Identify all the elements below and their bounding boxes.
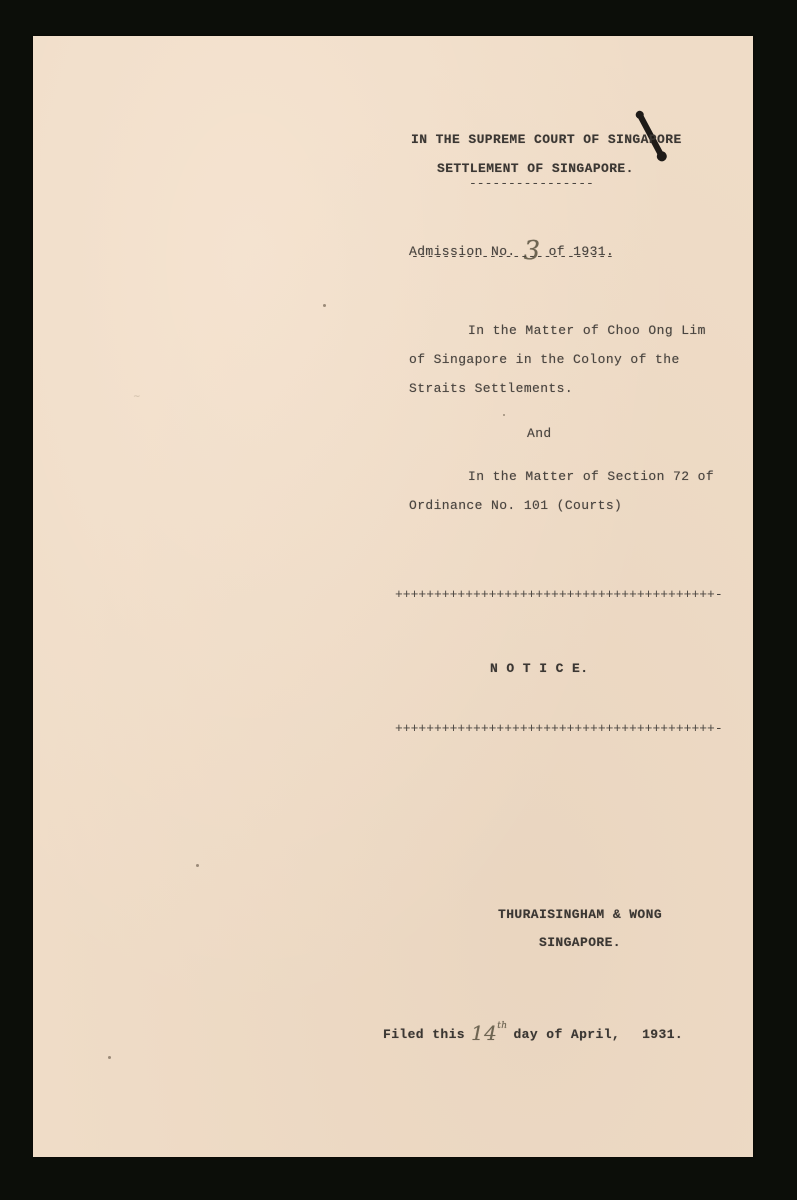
filed-middle: day of April, <box>513 1027 620 1042</box>
heading-underline: ---------------- <box>469 177 594 190</box>
filed-prefix: Filed this <box>383 1027 465 1042</box>
divider-top: ++++++++++++++++++++++++++++++++++++++++… <box>395 588 753 601</box>
paper-speck <box>323 304 326 307</box>
paper-speck <box>503 414 505 416</box>
court-heading-line2: SETTLEMENT OF SINGAPORE. <box>437 162 634 175</box>
firm-name: THURAISINGHAM & WONG <box>498 908 662 921</box>
filed-day-handwritten: 14th <box>465 1021 513 1045</box>
matter1-line2: of Singapore in the Colony of the <box>409 353 680 366</box>
admission-underline: -------------------------- <box>411 250 614 263</box>
faint-margin-mark: ~ <box>133 392 141 402</box>
filed-year: 1931. <box>620 1027 683 1042</box>
matter2-line2: Ordinance No. 101 (Courts) <box>409 499 622 512</box>
divider-bottom: ++++++++++++++++++++++++++++++++++++++++… <box>395 722 753 735</box>
notice-title: N O T I C E. <box>490 662 588 675</box>
matter1-line3: Straits Settlements. <box>409 382 573 395</box>
matter1-line1: In the Matter of Choo Ong Lim <box>468 324 706 337</box>
paper-speck <box>108 1056 111 1059</box>
matter2-line1: In the Matter of Section 72 of <box>468 470 714 483</box>
document-page: IN THE SUPREME COURT OF SINGAPORE SETTLE… <box>33 36 753 1157</box>
filed-day-number: 14 <box>471 1021 497 1045</box>
conjunction-and: And <box>527 427 552 440</box>
filed-day-suffix: th <box>497 1021 507 1031</box>
court-heading-line1: IN THE SUPREME COURT OF SINGAPORE <box>411 133 682 146</box>
paper-speck <box>196 864 199 867</box>
scan-background: IN THE SUPREME COURT OF SINGAPORE SETTLE… <box>0 0 797 1200</box>
filed-line: Filed this14thday of April,1931. <box>383 1021 683 1041</box>
firm-city: SINGAPORE. <box>539 936 621 949</box>
